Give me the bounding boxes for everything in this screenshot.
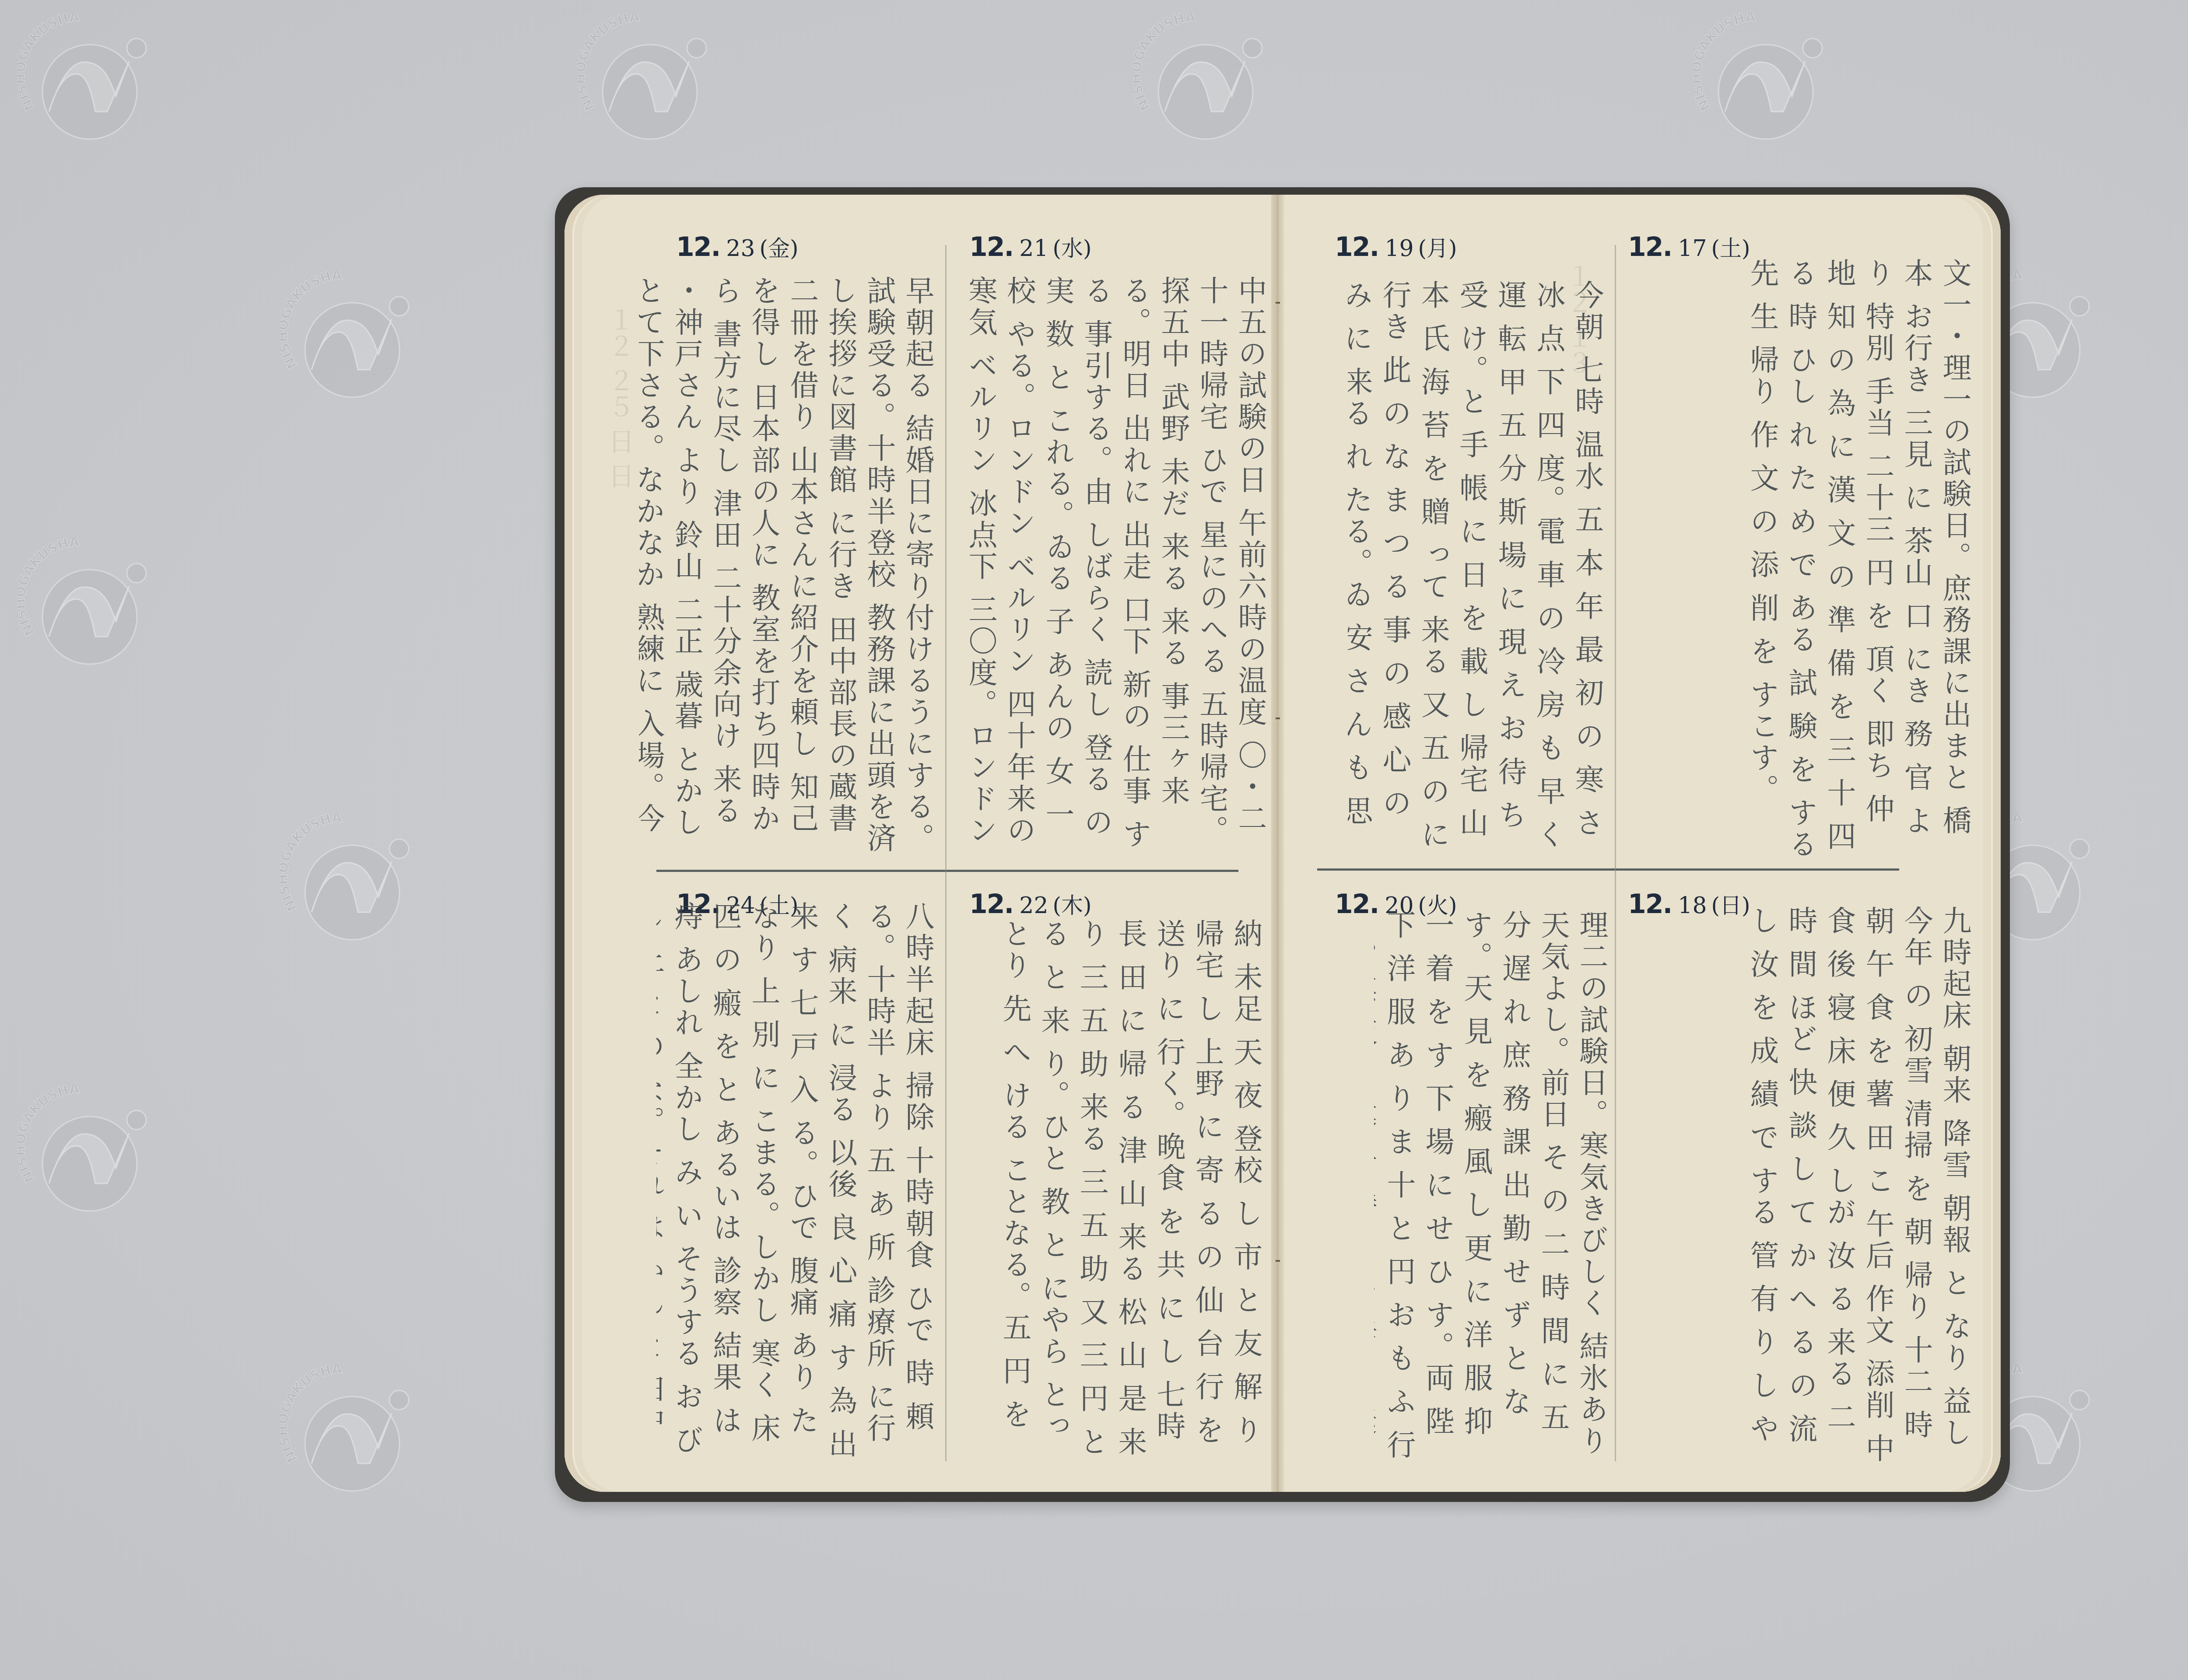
- entry-12-20: 理二の試験日。寒気きびしく 結氷あり 天気よし。前日 そ の 二 時 間 に 五…: [1374, 910, 1610, 1466]
- watermark-logo-icon: NISHOGAKUSHA: [280, 814, 411, 945]
- weekday: (日): [1711, 893, 1750, 918]
- month: 12.: [969, 232, 1013, 262]
- show-through-text: １２ ２５ 日 日: [595, 306, 639, 831]
- watermark-logo-icon: NISHOGAKUSHA: [18, 13, 149, 144]
- right-page-divider: [1317, 868, 1899, 871]
- entry-12-24: 八時半起床 掃除 十時朝食 ひで 時 頼る。十時半 より 五 あ 所 診療所 に…: [656, 901, 936, 1466]
- binding-stitch: [1276, 302, 1280, 304]
- weekday: (木): [1052, 893, 1091, 918]
- day: 18: [1678, 892, 1707, 919]
- date-header-12-19: 12.19(月): [1335, 231, 1457, 262]
- date-header-12-23: 12.23(金): [676, 231, 798, 262]
- weekday: (土): [1711, 236, 1750, 261]
- watermark-logo-icon: NISHOGAKUSHA: [1694, 13, 1825, 144]
- binding-stitch: [1276, 1260, 1280, 1262]
- entry-12-18: 九時起床 朝来 降雪 朝報 と なり 益し 今年 の 初雪 清掃 を 朝 帰り …: [1746, 906, 1974, 1466]
- watermark-logo-icon: NISHOGAKUSHA: [578, 13, 709, 144]
- entry-12-22: 納 未足 天 夜 登校 し 市 と 友 解 り 帰宅 し 上野 に 寄 る の …: [1002, 919, 1265, 1466]
- right-column-divider: [1615, 245, 1616, 1461]
- date-header-12-21: 12.21(水): [969, 231, 1091, 262]
- month: 12.: [1335, 232, 1378, 262]
- date-header-12-18: 12.18(日): [1628, 888, 1750, 920]
- left-page-divider: [656, 870, 1238, 872]
- watermark-logo-icon: NISHOGAKUSHA: [280, 271, 411, 402]
- watermark-logo-icon: NISHOGAKUSHA: [1133, 13, 1265, 144]
- watermark-logo-icon: NISHOGAKUSHA: [280, 1365, 411, 1496]
- day: 22: [1019, 892, 1048, 919]
- weekday: (金): [759, 236, 798, 261]
- watermark-logo-icon: NISHOGAKUSHA: [18, 538, 149, 669]
- watermark-logo-icon: NISHOGAKUSHA: [18, 1085, 149, 1216]
- entry-12-17: 文一・理一の試験日。庶務課に出まと 橋本 お行き 三見 に 茶山 口 にき 務 …: [1746, 258, 1974, 862]
- day: 23: [726, 235, 755, 262]
- left-column-divider: [945, 245, 947, 1461]
- day: 19: [1385, 235, 1413, 262]
- day: 21: [1019, 235, 1048, 262]
- day: 17: [1678, 235, 1707, 262]
- month: 12.: [1335, 889, 1378, 920]
- entry-12-23: 早朝起る 結婚日に寄り付けるうにする。試験受る。十時半登校 教務課に出頭を済し挨…: [639, 276, 936, 857]
- month: 12.: [676, 232, 720, 262]
- date-header-12-17: 12.17(土): [1628, 231, 1750, 262]
- spine-gutter: [1271, 195, 1284, 1492]
- weekday: (水): [1052, 236, 1091, 261]
- month: 12.: [1628, 889, 1672, 920]
- month: 12.: [1628, 232, 1672, 262]
- month: 12.: [969, 889, 1013, 920]
- entry-12-21: 中五の試験の日 午前六時の温度 〇・二 十一時帰宅 ひで 星にのへる 五時帰宅。…: [963, 276, 1269, 857]
- date-header-12-22: 12.22(木): [969, 888, 1091, 920]
- weekday: (月): [1418, 236, 1457, 261]
- binding-stitch: [1276, 717, 1280, 719]
- entry-12-19: 今朝 七時 温水 五 本 年 最 初 の 寒 さ 冰 点 下 四 度。電 車 の…: [1348, 280, 1606, 853]
